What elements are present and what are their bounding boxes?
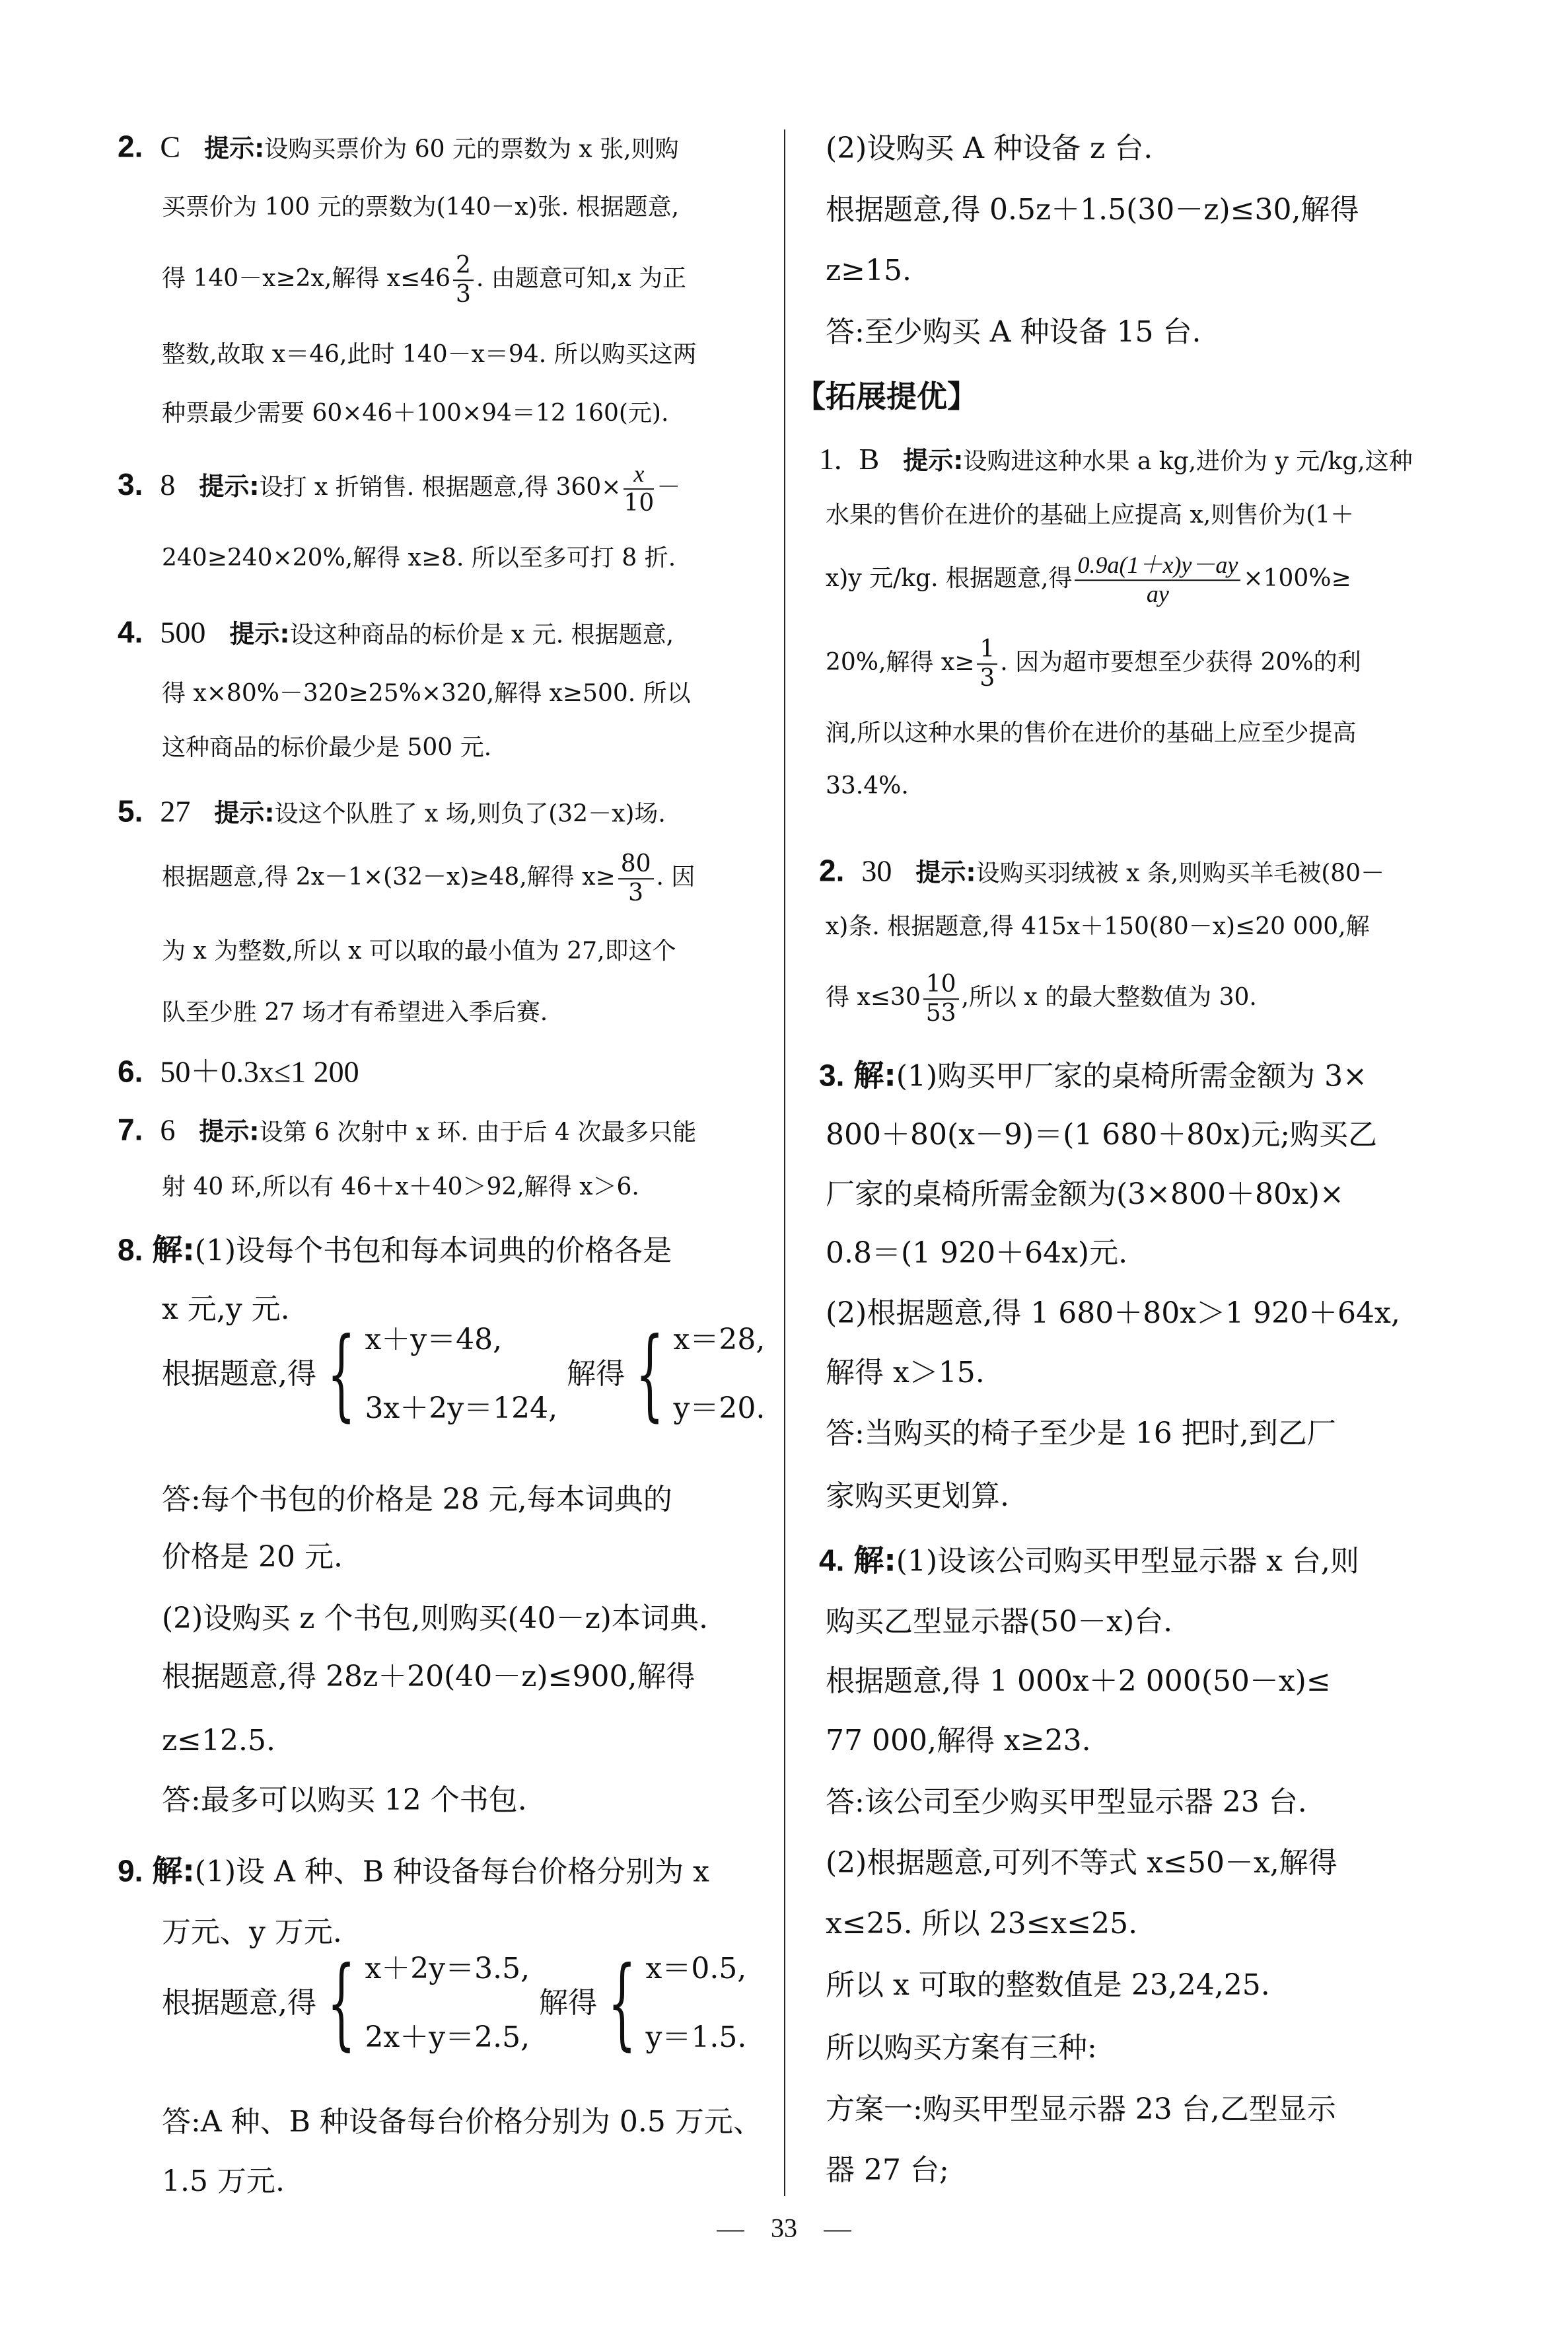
extension-item-4-line-5: 答:该公司至少购买甲型显示器 23 台. xyxy=(826,1788,1307,1817)
text: 得 140－x≥2x,解得 x≤46 xyxy=(162,265,450,292)
text: x)y 元/kg. 根据题意,得 xyxy=(826,565,1072,592)
item-answer: 27 xyxy=(160,795,190,829)
answer-item-3-line-2: 240≥240×20%,解得 x≥8. 所以至多可打 8 折. xyxy=(162,546,676,570)
answer-item-8-line-2: x 元,y 元. xyxy=(162,1295,290,1324)
dash-decoration xyxy=(824,2230,851,2231)
equation: 2x＋y＝2.5, xyxy=(365,2023,530,2052)
column-divider xyxy=(784,129,785,2196)
system: 根据题意,得 { x＋y＝48, 3x＋2y＝124, 解得 { x＝28, y… xyxy=(162,1325,765,1423)
text: ,所以 x 的最大整数值为 30. xyxy=(962,984,1257,1011)
answer-item-8-line-5: 价格是 20 元. xyxy=(162,1543,343,1572)
solutions: x＝0.5, y＝1.5. xyxy=(646,1954,747,2052)
equations: x＋y＝48, 3x＋2y＝124, xyxy=(365,1325,557,1423)
answer-item-5-line-4: 队至少胜 27 场才有希望进入季后赛. xyxy=(162,1001,548,1025)
item-answer: 8 xyxy=(160,468,175,501)
answer-item-2-line-5: 种票最少需要 60×46＋100×94＝12 160(元). xyxy=(162,402,668,425)
extension-item-3-line-1: 3. 解:(1)购买甲厂家的桌椅所需金额为 3× xyxy=(819,1060,1367,1091)
answer-item-8-line-6: (2)设购买 z 个书包,则购买(40－z)本词典. xyxy=(162,1604,708,1633)
left-brace-icon: { xyxy=(608,1959,636,2048)
hint-label: 提示: xyxy=(199,1117,259,1146)
equations: x＋2y＝3.5, 2x＋y＝2.5, xyxy=(365,1954,530,2052)
fraction: 1053 xyxy=(923,972,959,1026)
item-number: 3. xyxy=(118,467,143,501)
extension-item-3-line-3: 厂家的桌椅所需金额为(3×800＋80x)× xyxy=(826,1180,1344,1209)
extension-item-1-line-6: 33.4%. xyxy=(826,774,909,798)
extension-item-4-line-4: 77 000,解得 x≥23. xyxy=(826,1726,1091,1755)
item-number: 2. xyxy=(819,854,844,888)
numerator: 0.9a(1＋x)y－ay xyxy=(1075,553,1240,581)
text: 解得 xyxy=(567,1360,625,1389)
item-number: 6. xyxy=(118,1054,143,1089)
denominator: 3 xyxy=(618,879,654,906)
hint-label: 提示: xyxy=(214,799,274,828)
solution-label: 解: xyxy=(853,1543,896,1578)
extension-item-4-line-9: 所以购买方案有三种: xyxy=(826,2034,1097,2063)
answer-item-5-line-3: 为 x 为整数,所以 x 可以取的最小值为 27,即这个 xyxy=(162,940,676,963)
item-number: 4. xyxy=(118,615,143,649)
item-answer: 500 xyxy=(160,616,205,649)
hint-label: 提示: xyxy=(229,620,289,649)
fraction: 23 xyxy=(453,253,474,307)
text: (1)购买甲厂家的桌椅所需金额为 3× xyxy=(896,1060,1367,1093)
text: 得 x≤30 xyxy=(826,984,921,1011)
extension-item-2-line-1: 2.30提示:设购买羽绒被 x 条,则购买羊毛被(80－ xyxy=(819,856,1384,887)
answer-item-9-cont-line-2: 根据题意,得 0.5z＋1.5(30－z)≤30,解得 xyxy=(826,196,1359,225)
answer-item-3-line-1: 3.8提示:设打 x 折销售. 根据题意,得 360×x10－ xyxy=(118,462,680,516)
answer-item-2-line-3: 得 140－x≥2x,解得 x≤4623. 由题意可知,x 为正 xyxy=(162,253,686,307)
answer-item-8-line-1: 8. 解:(1)设每个书包和每本词典的价格各是 xyxy=(118,1235,672,1266)
numerator: 2 xyxy=(453,253,474,281)
extension-item-1-line-4: 20%,解得 x≥13. 因为超市要想至少获得 20%的利 xyxy=(826,637,1361,691)
answer-item-9-equation-system: 根据题意,得 { x＋2y＝3.5, 2x＋y＝2.5, 解得 { x＝0.5,… xyxy=(162,1954,746,2052)
answer-item-2-line-4: 整数,故取 x＝46,此时 140－x＝94. 所以购买这两 xyxy=(162,343,697,367)
extension-item-4-line-6: (2)根据题意,可列不等式 x≤50－x,解得 xyxy=(826,1849,1337,1878)
extension-item-4-line-3: 根据题意,得 1 000x＋2 000(50－x)≤ xyxy=(826,1667,1331,1696)
answer-item-8-line-8: z≤12.5. xyxy=(162,1726,275,1755)
item-number: 8. xyxy=(118,1233,143,1267)
answer-item-9-cont-line-1: (2)设购买 A 种设备 z 台. xyxy=(826,134,1153,163)
page-footer: 33 xyxy=(0,2213,1568,2244)
extension-item-1-line-5: 润,所以这种水果的售价在进价的基础上应至少提高 xyxy=(826,721,1356,745)
answer-item-2-line-2: 买票价为 100 元的票数为(140－x)张. 根据题意, xyxy=(162,196,679,219)
page-number: 33 xyxy=(771,2213,797,2243)
item-answer: C xyxy=(160,130,180,164)
solution-label: 解: xyxy=(152,1853,194,1889)
text: 设这种商品的标价是 x 元. 根据题意, xyxy=(290,622,674,649)
text: 设购买羽绒被 x 条,则购买羊毛被(80－ xyxy=(976,860,1385,887)
answer-item-8-line-4: 答:每个书包的价格是 28 元,每本词典的 xyxy=(162,1485,672,1514)
item-answer: B xyxy=(859,442,880,476)
extension-item-4-line-11: 器 27 台; xyxy=(826,2156,949,2185)
numerator: 80 xyxy=(618,852,654,879)
equation: y＝20. xyxy=(674,1394,766,1423)
denominator: 10 xyxy=(624,490,654,516)
system: 根据题意,得 { x＋2y＝3.5, 2x＋y＝2.5, 解得 { x＝0.5,… xyxy=(162,1954,746,2052)
hint-label: 提示: xyxy=(204,134,264,163)
denominator: 53 xyxy=(923,1000,959,1026)
answer-item-9-line-4: 答:A 种、B 种设备每台价格分别为 0.5 万元、 xyxy=(162,2108,762,2137)
item-answer: 30 xyxy=(861,854,892,888)
left-brace-icon: { xyxy=(327,1330,355,1419)
answer-item-8-equation-system: 根据题意,得 { x＋y＝48, 3x＋2y＝124, 解得 { x＝28, y… xyxy=(162,1325,765,1423)
answer-item-7-line-2: 射 40 环,所以有 46＋x＋40＞92,解得 x＞6. xyxy=(162,1175,639,1199)
item-number: 3. xyxy=(819,1058,844,1093)
text: 设打 x 折销售. 根据题意,得 360× xyxy=(260,474,622,501)
fraction: 0.9a(1＋x)y－ayay xyxy=(1075,553,1240,607)
text: (1)设 A 种、B 种设备每台价格分别为 x xyxy=(195,1855,709,1889)
text: . 因 xyxy=(657,864,695,891)
denominator: 3 xyxy=(977,665,997,691)
fraction: x10 xyxy=(624,462,654,516)
left-brace-icon: { xyxy=(635,1330,664,1419)
extension-item-4-line-7: x≤25. 所以 23≤x≤25. xyxy=(826,1909,1137,1938)
text: (1)设该公司购买甲型显示器 x 台,则 xyxy=(896,1545,1359,1578)
extension-item-4-line-8: 所以 x 可取的整数值是 23,24,25. xyxy=(826,1971,1270,2000)
text: 设购进这种水果 a kg,进价为 y 元/kg,这种 xyxy=(963,448,1412,475)
equation: x＝28, xyxy=(674,1325,766,1354)
answer-item-2-line-1: 2.C提示:设购买票价为 60 元的票数为 x 张,则购 xyxy=(118,131,679,163)
answer-item-6: 6.50＋0.3x≤1 200 xyxy=(118,1056,383,1088)
answer-item-4-line-3: 这种商品的标价最少是 500 元. xyxy=(162,736,491,760)
equation: 3x＋2y＝124, xyxy=(365,1394,557,1423)
extension-item-1-line-2: 水果的售价在进价的基础上应提高 x,则售价为(1＋ xyxy=(826,503,1354,527)
solution-label: 解: xyxy=(853,1058,896,1093)
answer-item-9-line-2: 万元、y 万元. xyxy=(162,1918,342,1947)
item-number: 7. xyxy=(118,1113,143,1147)
text: 设购买票价为 60 元的票数为 x 张,则购 xyxy=(264,136,678,163)
denominator: 3 xyxy=(453,281,474,307)
answer-item-5-line-1: 5.27提示:设这个队胜了 x 场,则负了(32－x)场. xyxy=(118,796,666,827)
extension-item-4-line-2: 购买乙型显示器(50－x)台. xyxy=(826,1607,1172,1637)
answer-item-7-line-1: 7.6提示:设第 6 次射中 x 环. 由于后 4 次最多只能 xyxy=(118,1115,696,1146)
text: 解得 xyxy=(539,1989,597,2018)
left-brace-icon: { xyxy=(327,1959,355,2048)
answer-item-9-line-1: 9. 解:(1)设 A 种、B 种设备每台价格分别为 x xyxy=(118,1856,709,1887)
extension-item-4-line-10: 方案一:购买甲型显示器 23 台,乙型显示 xyxy=(826,2095,1336,2124)
extension-item-3-line-7: 答:当购买的椅子至少是 16 把时,到乙厂 xyxy=(826,1419,1336,1448)
fraction: 13 xyxy=(977,637,997,691)
item-number: 4. xyxy=(819,1543,844,1578)
item-number: 9. xyxy=(118,1854,143,1888)
text: 20%,解得 x≥ xyxy=(826,649,974,676)
extension-item-4-line-1: 4. 解:(1)设该公司购买甲型显示器 x 台,则 xyxy=(819,1545,1359,1576)
denominator: ay xyxy=(1075,581,1240,607)
item-number: 2. xyxy=(118,129,143,164)
answer-item-9-cont-line-4: 答:至少购买 A 种设备 15 台. xyxy=(826,318,1201,347)
text: 根据题意,得 xyxy=(162,1989,316,2018)
numerator: 10 xyxy=(923,972,959,1000)
extension-item-3-line-5: (2)根据题意,得 1 680＋80x＞1 920＋64x, xyxy=(826,1299,1400,1328)
extension-item-3-line-8: 家购买更划算. xyxy=(826,1482,1009,1511)
text: . 因为超市要想至少获得 20%的利 xyxy=(1000,649,1361,676)
extension-item-3-line-4: 0.8＝(1 920＋64x)元. xyxy=(826,1239,1127,1268)
answer-item-8-line-9: 答:最多可以购买 12 个书包. xyxy=(162,1786,527,1815)
equation: x＋y＝48, xyxy=(365,1325,557,1354)
item-answer: 50＋0.3x≤1 200 xyxy=(160,1055,359,1089)
answer-item-4-line-1: 4.500提示:设这种商品的标价是 x 元. 根据题意, xyxy=(118,617,674,648)
answer-item-4-line-2: 得 x×80%－320≥25%×320,解得 x≥500. 所以 xyxy=(162,682,691,706)
text: 设第 6 次射中 x 环. 由于后 4 次最多只能 xyxy=(260,1119,697,1146)
text: ×100%≥ xyxy=(1243,565,1351,592)
solution-label: 解: xyxy=(152,1232,194,1268)
answer-item-9-line-5: 1.5 万元. xyxy=(162,2167,285,2196)
answer-item-8-line-7: 根据题意,得 28z＋20(40－z)≤900,解得 xyxy=(162,1662,695,1691)
section-title: 【拓展提优】 xyxy=(795,381,978,412)
equation: x＋2y＝3.5, xyxy=(365,1954,530,1983)
dash-decoration xyxy=(717,2230,744,2231)
answer-item-9-cont-line-3: z≥15. xyxy=(826,256,911,285)
numerator: x xyxy=(624,462,654,490)
extension-item-3-line-2: 800＋80(x－9)＝(1 680＋80x)元;购买乙 xyxy=(826,1121,1377,1150)
hint-label: 提示: xyxy=(903,446,963,475)
equation: y＝1.5. xyxy=(646,2023,747,2052)
extension-item-2-line-2: x)条. 根据题意,得 415x＋150(80－x)≤20 000,解 xyxy=(826,915,1370,939)
text: . 由题意可知,x 为正 xyxy=(476,265,686,292)
hint-label: 提示: xyxy=(915,858,976,887)
hint-label: 提示: xyxy=(199,472,259,501)
answer-item-5-line-2: 根据题意,得 2x－1×(32－x)≥48,解得 x≥803. 因 xyxy=(162,852,695,906)
text: 根据题意,得 2x－1×(32－x)≥48,解得 x≥ xyxy=(162,864,616,891)
extension-item-1-line-1: 1.B提示:设购进这种水果 a kg,进价为 y 元/kg,这种 xyxy=(819,444,1413,474)
solutions: x＝28, y＝20. xyxy=(674,1325,766,1423)
item-number: 5. xyxy=(118,794,143,829)
text: 设这个队胜了 x 场,则负了(32－x)场. xyxy=(275,801,666,828)
equation: x＝0.5, xyxy=(646,1954,747,1983)
item-number: 1. xyxy=(819,442,842,476)
extension-item-2-line-3: 得 x≤301053,所以 x 的最大整数值为 30. xyxy=(826,972,1257,1026)
text: 根据题意,得 xyxy=(162,1360,316,1389)
fraction: 803 xyxy=(618,852,654,906)
extension-item-3-line-6: 解得 x＞15. xyxy=(826,1358,985,1387)
text: － xyxy=(657,474,680,501)
item-answer: 6 xyxy=(160,1113,175,1147)
text: (1)设每个书包和每本词典的价格各是 xyxy=(195,1234,672,1268)
numerator: 1 xyxy=(977,637,997,665)
extension-item-1-line-3: x)y 元/kg. 根据题意,得0.9a(1＋x)y－ayay×100%≥ xyxy=(826,553,1351,607)
